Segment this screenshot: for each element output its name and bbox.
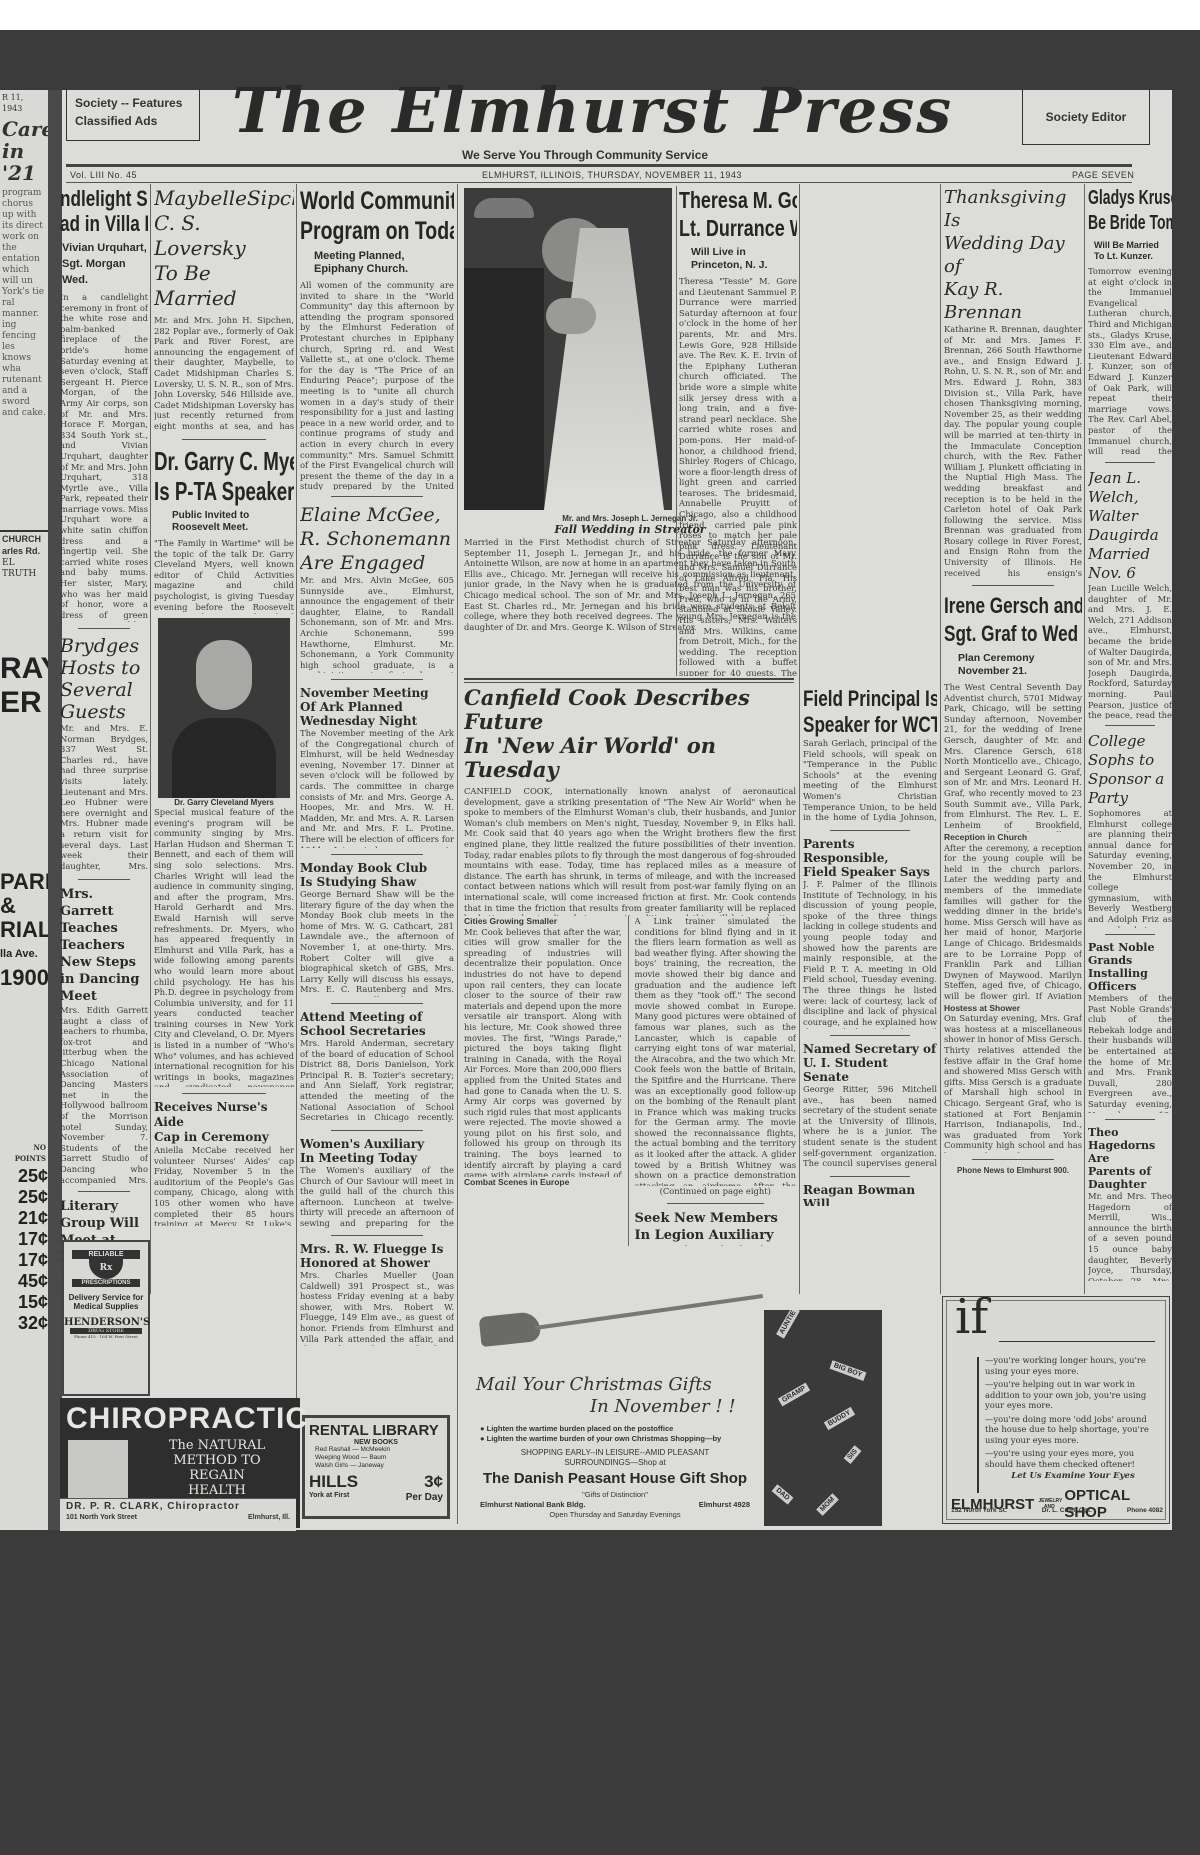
prescriptions-badge: PRESCRIPTIONS [72,1279,140,1287]
headline: Thanksgiving IsWedding Day ofKay R. Bren… [944,186,1082,324]
subheadline: Will Be MarriedTo Lt. Kunzer. [1088,240,1172,262]
article-body-3: On Saturday evening, Mrs. Graf was hoste… [944,1013,1082,1153]
ad-subtitle: NEW BOOKS [309,1439,443,1446]
page-number: PAGE SEVEN [1072,170,1134,180]
article-body: Jean Lucille Welch, daughter of Mr. and … [1088,583,1172,719]
article-body: Aniella McCabe received her volunteer Nu… [154,1145,294,1226]
article-book-club: Monday Book ClubIs Studying Shaw George … [300,861,454,997]
headline: Dr. Garry C. MyersIs P-TA Speaker [154,446,255,506]
article-wctu: Field Principal IsSpeaker for WCTU Sarah… [803,686,937,824]
headline: College Sophs toSponsor a Party [1088,732,1172,808]
prev-page-headline: Career;in '21 [0,116,48,186]
article-body: Sophomores at Elmhurst college are plann… [1088,808,1172,928]
legion-headline: Seek New MembersIn Legion Auxiliary [635,1210,796,1244]
article-body: Mr. and Mrs. Theo Hagedorn of Merrill, W… [1088,1191,1172,1281]
ad-line: Delivery Service forMedical Supplies [64,1293,148,1311]
article-body-col2: A Link trainer simulated the conditions … [635,916,796,1186]
doctor-name: DR. P. R. CLARK, Chiropractor [60,1499,296,1514]
ribbon [535,1294,763,1330]
top-margin [0,0,1200,30]
subheadline: Vivian Urquhart,Sgt. Morgan Wed. [60,240,148,288]
headline: Monday Book ClubIs Studying Shaw [300,861,454,889]
newspaper-page: Society -- FeaturesClassified Ads The El… [62,90,1172,1530]
headline: Theresa M. Gore,Lt. Durrance Wed [679,186,771,242]
article-body: "The Family in Wartime" will be the topi… [154,538,294,614]
hand-icon [479,1311,542,1347]
article-mcgee: Elaine McGee,R. SchonemannAre Engaged Mr… [300,503,454,673]
article-body: Mrs. Edith Garrett taught a class of tea… [60,1005,148,1185]
article-palmer: Parents Responsible,Field Speaker Says J… [803,837,937,1029]
continued-note: (Continued on page eight) [635,1186,796,1197]
masthead-motto: We Serve You Through Community Service [462,148,708,162]
shop-contact: Elmhurst National Bank Bldg.Elmhurst 492… [480,1500,750,1509]
hand-ribbon-illustration [480,1304,760,1354]
dateline-rule [66,182,1132,183]
groom-cap [474,198,534,218]
subheadline: Plan CeremonyNovember 21. [944,652,1082,678]
headline: Canfield Cook Describes FutureIn 'New Ai… [464,686,796,782]
subhead: Reception in Church [944,832,1082,843]
article-body: Mr. and Mrs. Alvin McGee, 605 Sunnyside … [300,575,454,673]
article-candlelight: ndlelight Servicead in Villa Park Vivian… [60,186,148,622]
store-name: HILLS [309,1472,358,1492]
article-body: In a candlelight ceremony in front of th… [60,292,148,622]
hendersons-ad: RELIABLE Rx PRESCRIPTIONS Delivery Servi… [62,1240,150,1396]
article-body: The Women's auxiliary of the Church of O… [300,1165,454,1229]
headline: Elaine McGee,R. SchonemannAre Engaged [300,503,454,575]
column-rule [457,184,458,1524]
subheadline: Will Live inPrinceton, N. J. [679,246,797,272]
article-ark: November MeetingOf Ark PlannedWednesday … [300,686,454,848]
article-brydges: Brydges Hosts toSeveral Guests Mr. and M… [60,635,148,873]
rx-icon: Rx [89,1259,123,1279]
prev-page-no-points: NO POINTS [0,1140,48,1166]
article-ritter: Named Secretary ofU. I. Student Senate G… [803,1042,937,1170]
column-2: MaybelleSipchen,C. S. LoverskyTo Be Marr… [154,186,294,1226]
article-body: George Ritter, 596 Mitchell ave., has be… [803,1084,937,1170]
gift-tag: BUDDY [824,1407,855,1430]
prev-page-prices: 25¢25¢21¢17¢17¢45¢15¢32¢ [0,1166,48,1334]
article-body-col1: Mr. Cook believes that after the war, ci… [464,927,622,1177]
prev-page-body: program chorus up with its direct work o… [0,186,48,530]
column-rule [296,184,297,1524]
gift-tag: DAD [772,1484,794,1505]
dateline: ELMHURST, ILLINOIS, THURSDAY, NOVEMBER 1… [482,170,742,180]
headline: MaybelleSipchen,C. S. LoverskyTo Be Marr… [154,186,294,311]
article-fluegge: Mrs. R. W. Fluegge IsHonored at Shower M… [300,1242,454,1346]
price-unit: Per Day [406,1492,443,1503]
portrait-photo [158,618,290,798]
article-body: Theresa "Tessie" M. Gore and Lieutenant … [679,276,797,676]
article-secretaries: Attend Meeting ofSchool Secretaries Mrs.… [300,1010,454,1124]
portrait-face [196,640,252,710]
article-gore: Theresa M. Gore,Lt. Durrance Wed Will Li… [679,186,797,676]
optical-shop-ad: if —you're working longer hours, you're … [942,1296,1170,1524]
article-body: Tomorrow evening at eight o'clock in the… [1088,266,1172,456]
portrait-suit [172,718,276,798]
article-hagedorn: Theo Hagedorns AreParents of Daughter Mr… [1088,1126,1172,1281]
headline: Irene Gersch andSgt. Graf to Wed [944,592,1052,648]
article-body: Members of the Past Noble Grands' club o… [1088,993,1172,1113]
chiropractic-ad-footer: DR. P. R. CLARK, Chiropractor 101 North … [60,1498,296,1531]
bouquet [546,298,596,334]
headline: Past Noble GrandsInstalling Officers [1088,941,1172,993]
rental-library-ad: RENTAL LIBRARY NEW BOOKS Red Rashall — M… [302,1415,450,1519]
headline: Mrs. R. W. Fluegge IsHonored at Shower [300,1242,454,1270]
column-3: World CommunityProgram on Today Meeting … [300,186,454,1406]
article-canfield: Canfield Cook Describes FutureIn 'New Ai… [464,686,796,1246]
ad-tagline: The NATURALMETHOD TOREGAINHEALTH [142,1438,292,1498]
subhead: Hostess at Shower [944,1003,1082,1014]
article-body: Mr. and Mrs. John H. Sipchen, 282 Poplar… [154,315,294,433]
masthead-title: The Elmhurst Press [232,74,953,147]
article-body: Mr. and Mrs. E. Norman Brydges, 337 West… [60,723,148,873]
article-body: Mrs. Harold Anderman, secretary of the b… [300,1038,454,1124]
article-body: The November meeting of the Ark of the C… [300,728,454,848]
article-body-continued: Special musical feature of the evening's… [154,807,294,1087]
ad-headline-2: In November ! ! [590,1396,736,1417]
wedding-photo [464,188,672,510]
prev-page-date: R 11, 1943 [0,90,48,116]
article-sophs: College Sophs toSponsor a Party Sophomor… [1088,732,1172,928]
subheadline: Meeting Planned,Epiphany Church. [300,250,454,276]
article-body: Katharine R. Brennan, daughter of Mr. an… [944,324,1082,579]
danish-peasant-ad: Mail Your Christmas Gifts In November ! … [460,1296,938,1526]
article-brennan: Thanksgiving IsWedding Day ofKay R. Bren… [944,186,1082,579]
article-body-2: After the ceremony, a reception for the … [944,843,1082,1003]
volume-number: Vol. LIII No. 45 [70,170,137,180]
shop-contact: 152 North York St.Dr. L. Croft, Opt.Phon… [951,1507,1163,1514]
article-world-community: World CommunityProgram on Today Meeting … [300,186,454,490]
headline: November MeetingOf Ark PlannedWednesday … [300,686,454,728]
headline: Brydges Hosts toSeveral Guests [60,635,148,723]
column-5-lower: Field Principal IsSpeaker for WCTU Sarah… [803,686,937,1206]
column-1: ndlelight Servicead in Villa Park Vivian… [60,186,148,1296]
article-sipchen: MaybelleSipchen,C. S. LoverskyTo Be Marr… [154,186,294,433]
ad-title: CHIROPRACTIC [62,1400,298,1438]
shop-name: ELMHURST JEWELRY AND OPTICAL SHOP [951,1487,1163,1521]
ad-lines: SHOPPING EARLY--IN LEISURE--AMID PLEASAN… [480,1448,750,1468]
ad-bullets: ● Lighten the wartime burden placed on t… [480,1424,750,1444]
article-body: George Bernard Shaw will be the literary… [300,889,454,997]
masthead-left-box: Society -- FeaturesClassified Ads [66,90,200,141]
ad-title: RENTAL LIBRARY [309,1422,443,1439]
shop-name: The Danish Peasant House Gift Shop [480,1470,750,1487]
shop-slogan: "Gifts of Distinction" [480,1490,750,1499]
headline: Field Principal IsSpeaker for WCTU [803,686,908,738]
office-city: Elmhurst, Ill. [248,1514,290,1521]
prev-page-church: CHURCHarles Rd.EL TRUTH [0,530,48,582]
subhead: Cities Growing Smaller [464,916,622,927]
gift-tag: GRAMP [778,1383,810,1407]
column-rule [1084,184,1085,1294]
article-body: All women of the community are invited t… [300,280,454,490]
previous-page-edge: R 11, 1943 Career;in '21 program chorus … [0,90,48,1530]
story-rule [464,678,794,680]
article-body: CANFIELD COOK, internationally known ana… [464,786,796,916]
article-myers: Dr. Garry C. MyersIs P-TA Speaker Public… [154,446,294,1087]
headline: Women's AuxiliaryIn Meeting Today [300,1137,454,1165]
office-address: 101 North York Street [66,1514,137,1521]
book-list: Red Rashall — McMeekinWeeping Wood — Bau… [309,1446,443,1470]
headline: Theo Hagedorns AreParents of Daughter [1088,1126,1172,1191]
if-word: if [955,1289,988,1345]
headline: ndlelight Servicead in Villa Park [60,186,129,236]
headline: Gladys Kruse WillBe Bride Tomorrow [1088,186,1147,236]
column-rule [940,184,941,1294]
column-rule [150,184,151,1294]
ad-tagline: Let Us Examine Your Eyes [983,1471,1163,1481]
headline: Mrs. Garrett TeachesTeachers New Stepsin… [60,886,148,1005]
gift-tag: BIG BOY [830,1360,866,1381]
phone-news-note: Phone News to Elmhurst 900. [944,1166,1082,1177]
column-6: Thanksgiving IsWedding Day ofKay R. Bren… [944,186,1082,1296]
article-bowman: Reagan Bowman WillPresent Magic Show Rea… [803,1183,937,1206]
price: 3¢ [424,1472,443,1492]
article-body: J. F. Palmer of the Illinois Institute o… [803,879,937,1029]
doctor-illustration [68,1440,128,1500]
subhead: Combat Scenes in Europe [464,1177,622,1188]
gift-tag: MOM [816,1493,839,1516]
gift-tag: AUNTIE [776,1310,800,1339]
subheadline: Public Invited toRoosevelt Meet. [154,510,294,534]
masthead-rule [66,164,1132,167]
article-gersch: Irene Gersch andSgt. Graf to Wed Plan Ce… [944,592,1082,1177]
photo-caption: Dr. Garry Cleveland Myers [154,798,294,807]
reliable-badge: RELIABLE [72,1250,140,1259]
headline: Attend Meeting ofSchool Secretaries [300,1010,454,1038]
groom-uniform [464,268,544,510]
gift-packages-illustration: AUNTIE BIG BOY GRAMP BUDDY SIS DAD MOM [764,1310,882,1526]
store-address: Phone 415 · 104 W. First Street [64,1334,148,1339]
article-body: The West Central Seventh Day Adventist c… [944,682,1082,832]
column-rule [799,184,800,1294]
article-noble: Past Noble GrandsInstalling Officers Mem… [1088,941,1172,1113]
headline: Named Secretary ofU. I. Student Senate [803,1042,937,1084]
headline: Reagan Bowman WillPresent Magic Show [803,1183,937,1206]
headline: Receives Nurse's AideCap in Ceremony [154,1100,294,1145]
prev-page-ad: RAYER [0,652,48,720]
prev-page-ad-park: PARK&RIAL lla Ave.1900 [0,870,48,990]
column-7: Gladys Kruse WillBe Bride Tomorrow Will … [1088,186,1172,1296]
article-body: Mrs. Charles Mueller (Joan Caldwell) 391… [300,1270,454,1346]
headline: Parents Responsible,Field Speaker Says [803,837,937,879]
store-location: York at First [309,1492,349,1503]
headline: World CommunityProgram on Today [300,186,420,246]
article-welch: Jean L. Welch,Walter DaugirdaMarried Nov… [1088,469,1172,719]
headline: Jean L. Welch,Walter DaugirdaMarried Nov… [1088,469,1172,583]
ad-items: —you're working longer hours, you're usi… [985,1355,1161,1469]
store-name: HENDERSON'S [64,1317,148,1328]
masthead-right-box: Society Editor [1022,90,1150,145]
shop-hours: Open Thursday and Saturday Evenings [480,1510,750,1519]
ad-headline-1: Mail Your Christmas Gifts [476,1374,712,1395]
article-body: Sarah Gerlach, principal of the Field sc… [803,738,937,824]
article-nurse: Receives Nurse's AideCap in Ceremony Ani… [154,1100,294,1226]
article-auxiliary: Women's AuxiliaryIn Meeting Today The Wo… [300,1137,454,1229]
legion-body: Mrs. J. J. Ochs, membership chairman of … [635,1244,796,1246]
gift-tag: SIS [844,1445,862,1464]
article-kruse: Gladys Kruse WillBe Bride Tomorrow Will … [1088,186,1172,456]
article-garrett: Mrs. Garrett TeachesTeachers New Stepsin… [60,886,148,1185]
